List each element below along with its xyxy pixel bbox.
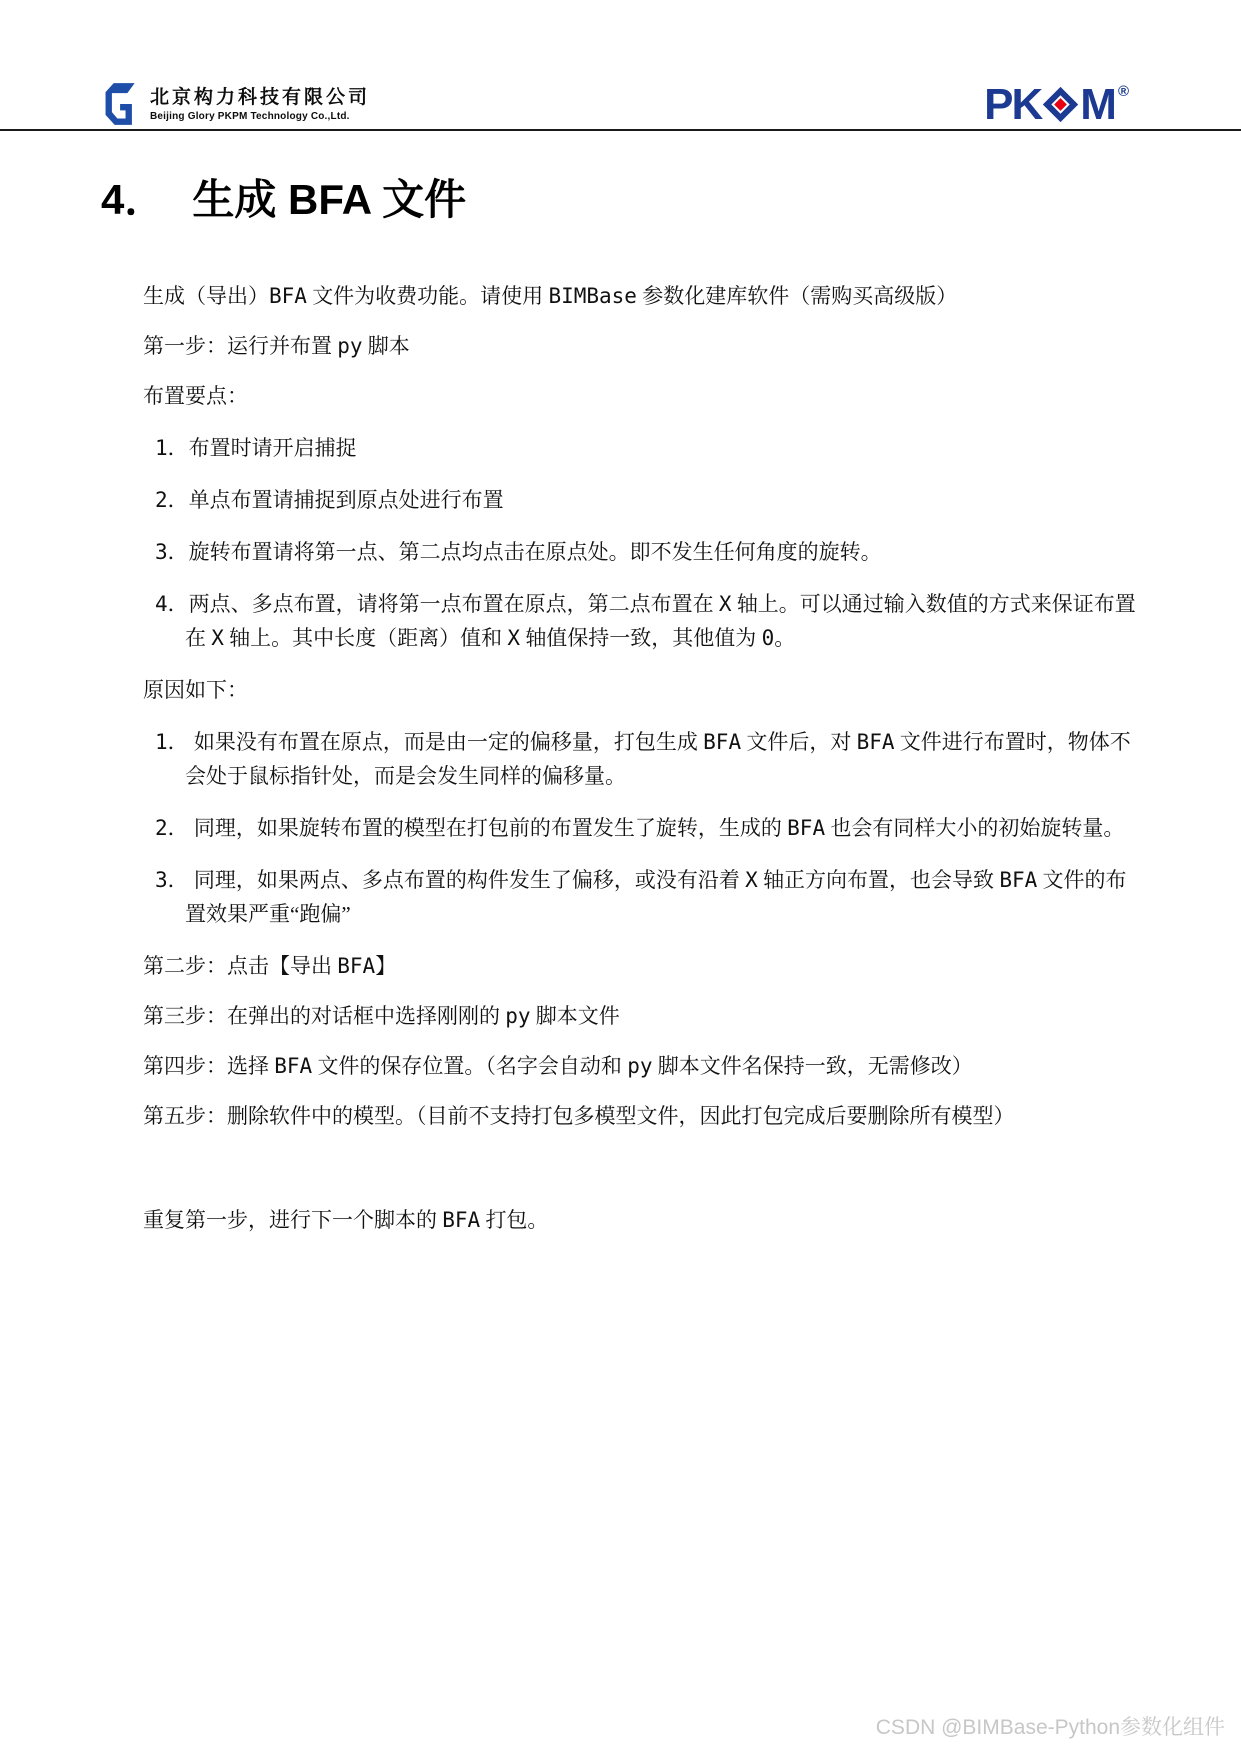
reasons-heading: 原因如下： xyxy=(101,673,1140,707)
document-body: 4．生成 BFA 文件 生成（导出）BFA 文件为收费功能。请使用 BIMBas… xyxy=(101,131,1140,1253)
section-number: 4． xyxy=(101,176,166,223)
reasons-list: 1． 如果没有布置在原点，而是由一定的偏移量，打包生成 BFA 文件后，对 BF… xyxy=(101,725,1140,931)
intro-paragraph: 生成（导出）BFA 文件为收费功能。请使用 BIMBase 参数化建库软件（需购… xyxy=(101,279,1140,313)
points-heading: 布置要点： xyxy=(101,379,1140,413)
company-name-block: 北京构力科技有限公司 Beijing Glory PKPM Technology… xyxy=(150,86,370,123)
list-item: 1． 如果没有布置在原点，而是由一定的偏移量，打包生成 BFA 文件后，对 BF… xyxy=(101,725,1140,793)
step-2-paragraph: 第二步：点击【导出 BFA】 xyxy=(101,949,1140,983)
step-4-paragraph: 第四步：选择 BFA 文件的保存位置。（名字会自动和 py 脚本文件名保持一致，… xyxy=(101,1049,1140,1083)
csdn-watermark: CSDN @BIMBase-Python参数化组件 xyxy=(876,1711,1225,1741)
pkpm-diamond-center xyxy=(1054,98,1067,111)
list-item: 2． 同理，如果旋转布置的模型在打包前的布置发生了旋转，生成的 BFA 也会有同… xyxy=(101,811,1140,845)
list-item: 1．布置时请开启捕捉 xyxy=(101,431,1140,465)
registered-trademark-mark: ® xyxy=(1118,85,1129,99)
pkpm-logo-suffix: M xyxy=(1080,85,1115,125)
placement-points-list: 1．布置时请开启捕捉 2．单点布置请捕捉到原点处进行布置 3．旋转布置请将第一点… xyxy=(101,431,1140,655)
step-3-paragraph: 第三步：在弹出的对话框中选择刚刚的 py 脚本文件 xyxy=(101,999,1140,1033)
company-logo-icon xyxy=(101,81,141,127)
company-name-cn: 北京构力科技有限公司 xyxy=(150,86,370,110)
closing-paragraph: 重复第一步，进行下一个脚本的 BFA 打包。 xyxy=(101,1203,1140,1237)
pkpm-logo-prefix: PK xyxy=(984,85,1041,125)
section-title: 4．生成 BFA 文件 xyxy=(101,175,1140,225)
list-item: 2．单点布置请捕捉到原点处进行布置 xyxy=(101,483,1140,517)
list-item: 3．旋转布置请将第一点、第二点均点击在原点处。即不发生任何角度的旋转。 xyxy=(101,535,1140,569)
list-item: 4．两点、多点布置，请将第一点布置在原点，第二点布置在 X 轴上。可以通过输入数… xyxy=(101,587,1140,655)
section-title-text: 生成 BFA 文件 xyxy=(192,176,466,223)
company-logo: 北京构力科技有限公司 Beijing Glory PKPM Technology… xyxy=(101,81,370,129)
list-item: 3． 同理，如果两点、多点布置的构件发生了偏移，或没有沿着 X 轴正方向布置，也… xyxy=(101,863,1140,931)
document-page: 北京构力科技有限公司 Beijing Glory PKPM Technology… xyxy=(0,0,1241,1755)
step-1-paragraph: 第一步：运行并布置 py 脚本 xyxy=(101,329,1140,363)
step-5-paragraph: 第五步：删除软件中的模型。（目前不支持打包多模型文件，因此打包完成后要删除所有模… xyxy=(101,1099,1140,1133)
pkpm-diamond-icon xyxy=(1043,87,1078,122)
document-header: 北京构力科技有限公司 Beijing Glory PKPM Technology… xyxy=(0,0,1241,131)
pkpm-logo: PK M ® xyxy=(984,85,1129,129)
company-name-en: Beijing Glory PKPM Technology Co.,Ltd. xyxy=(150,110,370,123)
